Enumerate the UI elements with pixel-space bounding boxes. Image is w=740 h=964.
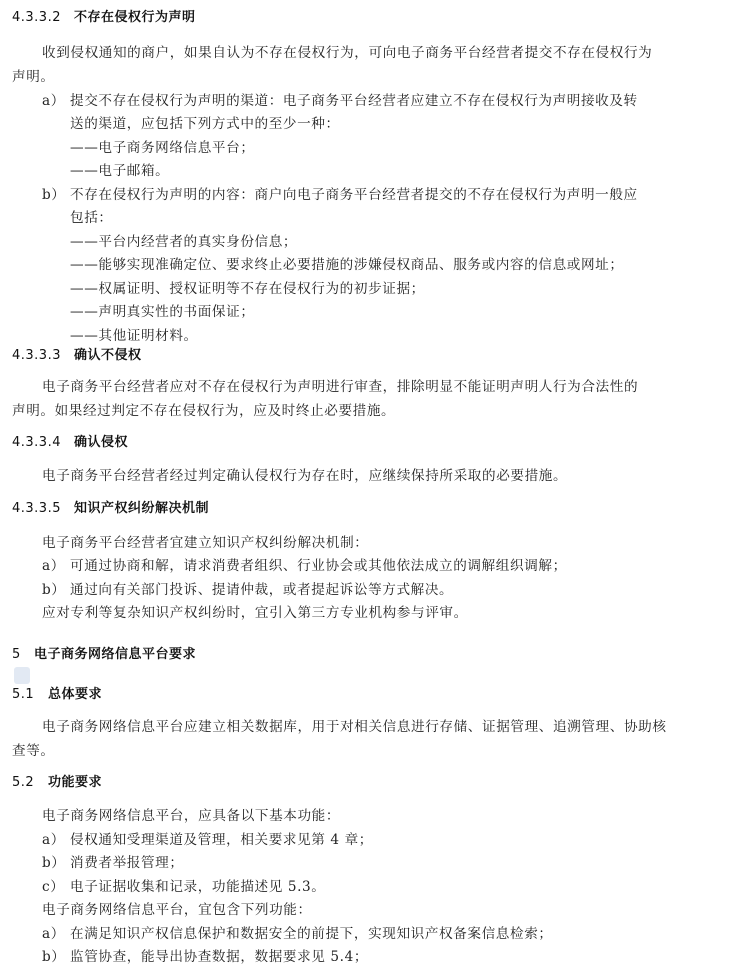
- list-marker: c）: [42, 877, 70, 897]
- list-marker: a）: [42, 924, 70, 944]
- section-number: 4.3.3.5: [12, 499, 74, 519]
- list-item-a: a）在满足知识产权信息保护和数据安全的前提下，实现知识产权备案信息检索；: [42, 924, 553, 944]
- list-item-text: 侵权通知受理渠道及管理，相关要求见第 4 章；: [70, 832, 373, 848]
- list-item-continuation: 包括：: [70, 208, 113, 228]
- list-item-b: b）通过向有关部门投诉、提请仲裁，或者提起诉讼等方式解决。: [42, 580, 453, 600]
- section-heading-4-3-3-5: 4.3.3.5知识产权纠纷解决机制: [12, 499, 209, 519]
- section-number: 4.3.3.3: [12, 346, 74, 366]
- dash-item: ——平台内经营者的真实身份信息；: [70, 232, 297, 252]
- section-title: 总体要求: [48, 687, 102, 702]
- chapter-heading-5: 5电子商务网络信息平台要求: [12, 645, 196, 665]
- list-item-b: b）不存在侵权行为声明的内容：商户向电子商务平台经营者提交的不存在侵权行为声明一…: [42, 185, 638, 205]
- section-heading-4-3-3-4: 4.3.3.4确认侵权: [12, 433, 128, 453]
- section-heading-4-3-3-3: 4.3.3.3确认不侵权: [12, 346, 142, 366]
- list-item-text: 可通过协商和解，请求消费者组织、行业协会或其他依法成立的调解组织调解；: [70, 558, 567, 574]
- section-heading-4-3-3-2: 4.3.3.2不存在侵权行为声明: [12, 8, 196, 28]
- dash-item: ——声明真实性的书面保证；: [70, 302, 255, 322]
- list-marker: b）: [42, 947, 70, 964]
- paragraph-line: 收到侵权通知的商户，如果自认为不存在侵权行为，可向电子商务平台经营者提交不存在侵…: [42, 43, 652, 63]
- section-title: 功能要求: [48, 775, 102, 790]
- list-item-text: 监管协查，能导出协查数据，数据要求见 5.4；: [70, 949, 368, 964]
- document-page: 4.3.3.2不存在侵权行为声明 收到侵权通知的商户，如果自认为不存在侵权行为，…: [0, 0, 740, 964]
- section-number: 5.2: [12, 773, 48, 793]
- section-title: 知识产权纠纷解决机制: [74, 501, 209, 516]
- list-marker: b）: [42, 853, 70, 873]
- list-item-a: a）提交不存在侵权行为声明的渠道：电子商务平台经营者应建立不存在侵权行为声明接收…: [42, 91, 638, 111]
- list-marker: b）: [42, 185, 70, 205]
- paragraph-line: 电子商务平台经营者宜建立知识产权纠纷解决机制：: [42, 533, 368, 553]
- section-title: 确认侵权: [74, 435, 128, 450]
- section-title: 确认不侵权: [74, 348, 142, 363]
- paragraph-line: 查等。: [12, 741, 55, 761]
- list-marker: a）: [42, 556, 70, 576]
- dash-item: ——电子商务网络信息平台；: [70, 138, 255, 158]
- list-item-continuation: 送的渠道，应包括下列方式中的至少一种：: [70, 114, 340, 134]
- dash-item: ——电子邮箱。: [70, 161, 169, 181]
- list-item-text: 通过向有关部门投诉、提请仲裁，或者提起诉讼等方式解决。: [70, 582, 453, 598]
- list-marker: a）: [42, 91, 70, 111]
- paragraph-line: 电子商务平台经营者经过判定确认侵权行为存在时，应继续保持所采取的必要措施。: [42, 466, 567, 486]
- paragraph-line: 声明。: [12, 67, 55, 87]
- list-item-text: 消费者举报管理；: [70, 855, 184, 871]
- paragraph-line: 电子商务网络信息平台，宜包含下列功能：: [42, 900, 312, 920]
- list-marker: b）: [42, 580, 70, 600]
- section-number: 4.3.3.2: [12, 8, 74, 28]
- paragraph-line: 应对专利等复杂知识产权纠纷时，宜引入第三方专业机构参与评审。: [42, 603, 468, 623]
- dash-item: ——权属证明、授权证明等不存在侵权行为的初步证据；: [70, 279, 425, 299]
- section-number: 4.3.3.4: [12, 433, 74, 453]
- paragraph-line: 电子商务网络信息平台应建立相关数据库，用于对相关信息进行存储、证据管理、追溯管理…: [42, 717, 667, 737]
- section-number: 5: [12, 645, 34, 665]
- list-item-text: 电子证据收集和记录，功能描述见 5.3。: [70, 879, 325, 895]
- paragraph-line: 声明。如果经过判定不存在侵权行为，应及时终止必要措施。: [12, 401, 395, 421]
- section-heading-5-1: 5.1总体要求: [12, 685, 102, 705]
- list-item-a: a）侵权通知受理渠道及管理，相关要求见第 4 章；: [42, 830, 373, 850]
- section-title: 不存在侵权行为声明: [74, 10, 196, 25]
- list-item-b: b）监管协查，能导出协查数据，数据要求见 5.4；: [42, 947, 368, 964]
- list-item-b: b）消费者举报管理；: [42, 853, 184, 873]
- list-item-c: c）电子证据收集和记录，功能描述见 5.3。: [42, 877, 325, 897]
- dash-item: ——其他证明材料。: [70, 326, 198, 346]
- list-item-a: a）可通过协商和解，请求消费者组织、行业协会或其他依法成立的调解组织调解；: [42, 556, 567, 576]
- list-marker: a）: [42, 830, 70, 850]
- list-item-text: 在满足知识产权信息保护和数据安全的前提下，实现知识产权备案信息检索；: [70, 926, 553, 942]
- section-heading-5-2: 5.2功能要求: [12, 773, 102, 793]
- list-item-text: 不存在侵权行为声明的内容：商户向电子商务平台经营者提交的不存在侵权行为声明一般应: [70, 187, 638, 203]
- section-number: 5.1: [12, 685, 48, 705]
- paragraph-line: 电子商务网络信息平台，应具备以下基本功能：: [42, 806, 340, 826]
- dash-item: ——能够实现准确定位、要求终止必要措施的涉嫌侵权商品、服务或内容的信息或网址；: [70, 255, 624, 275]
- section-title: 电子商务网络信息平台要求: [34, 647, 196, 662]
- paragraph-line: 电子商务平台经营者应对不存在侵权行为声明进行审查，排除明显不能证明声明人行为合法…: [42, 377, 638, 397]
- list-item-text: 提交不存在侵权行为声明的渠道：电子商务平台经营者应建立不存在侵权行为声明接收及转: [70, 93, 638, 109]
- watermark-icon: [14, 667, 30, 684]
